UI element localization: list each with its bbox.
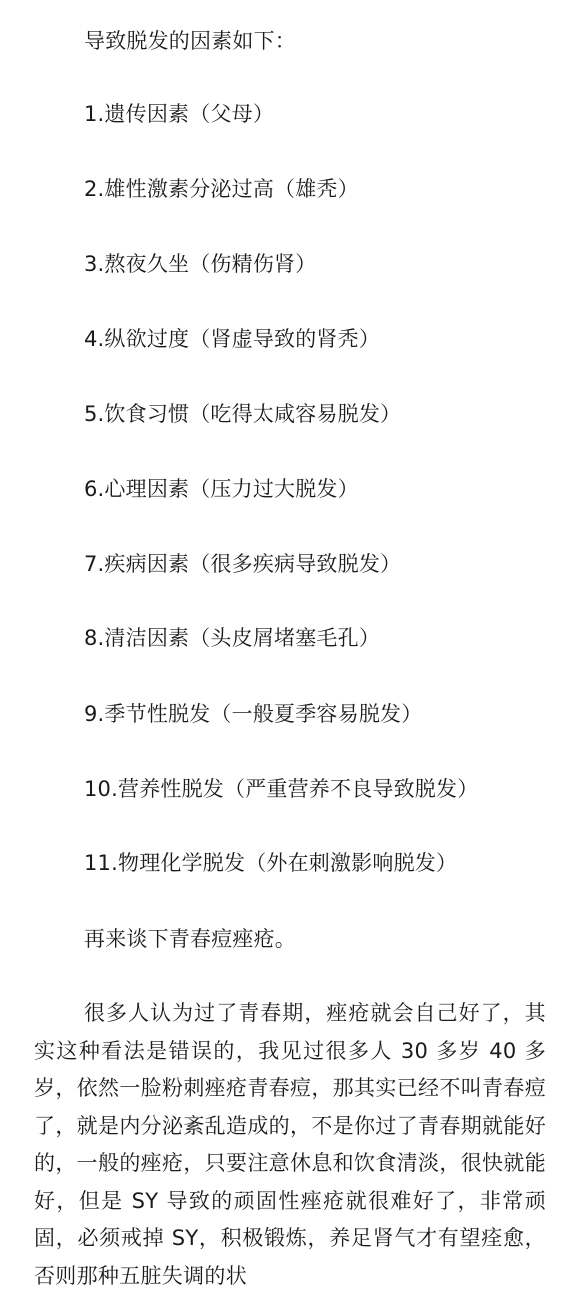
acne-paragraph: 很多人认为过了青春期，痤疮就会自己好了，其实这种看法是错误的，我见过很多人 30…: [34, 995, 546, 1289]
factor-item: 2.雄性激素分泌过高（雄秃）: [84, 175, 359, 203]
factor-item: 9.季节性脱发（一般夏季容易脱发）: [84, 700, 422, 728]
factor-item: 10.营养性脱发（严重营养不良导致脱发）: [84, 775, 478, 803]
intro-heading: 导致脱发的因素如下：: [84, 27, 296, 55]
factor-item: 1.遗传因素（父母）: [84, 100, 274, 128]
factor-item: 8.清洁因素（头皮屑堵塞毛孔）: [84, 624, 380, 652]
factor-item: 11.物理化学脱发（外在刺激影响脱发）: [84, 849, 457, 877]
factor-item: 3.熬夜久坐（伤精伤肾）: [84, 250, 316, 278]
factor-item: 7.疾病因素（很多疾病导致脱发）: [84, 550, 401, 578]
acne-heading: 再来谈下青春痘痤疮。: [84, 925, 296, 953]
factor-item: 6.心理因素（压力过大脱发）: [84, 475, 359, 503]
factor-item: 5.饮食习惯（吃得太咸容易脱发）: [84, 400, 401, 428]
factor-item: 4.纵欲过度（肾虚导致的肾秃）: [84, 325, 380, 353]
